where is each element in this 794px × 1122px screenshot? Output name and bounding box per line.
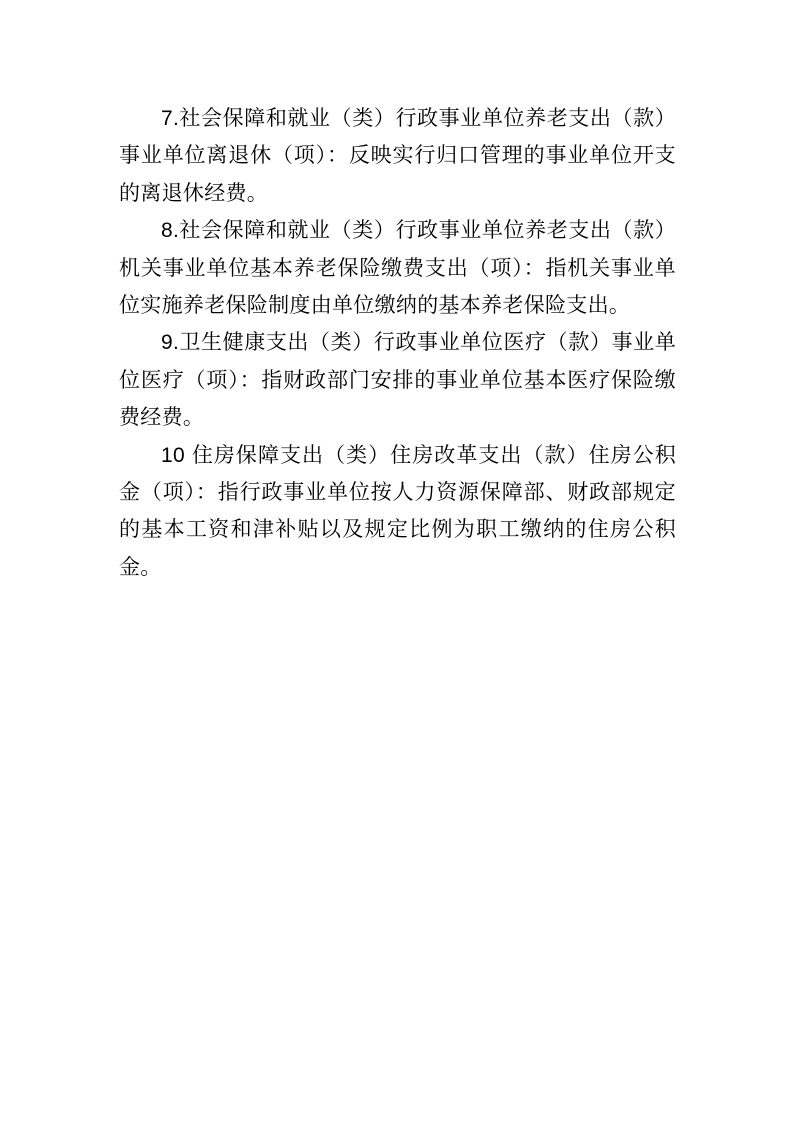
paragraph-item-8: 8.社会保障和就业（类）行政事业单位养老支出（款）机关事业单位基本养老保险缴费支… bbox=[119, 212, 676, 324]
paragraph-item-7: 7.社会保障和就业（类）行政事业单位养老支出（款）事业单位离退休（项）：反映实行… bbox=[119, 100, 676, 212]
paragraph-item-9: 9.卫生健康支出（类）行政事业单位医疗（款）事业单位医疗（项）：指财政部门安排的… bbox=[119, 324, 676, 436]
paragraph-item-10: 10 住房保障支出（类）住房改革支出（款）住房公积金（项）：指行政事业单位按人力… bbox=[119, 437, 676, 587]
document-page: 7.社会保障和就业（类）行政事业单位养老支出（款）事业单位离退休（项）：反映实行… bbox=[0, 0, 794, 1122]
